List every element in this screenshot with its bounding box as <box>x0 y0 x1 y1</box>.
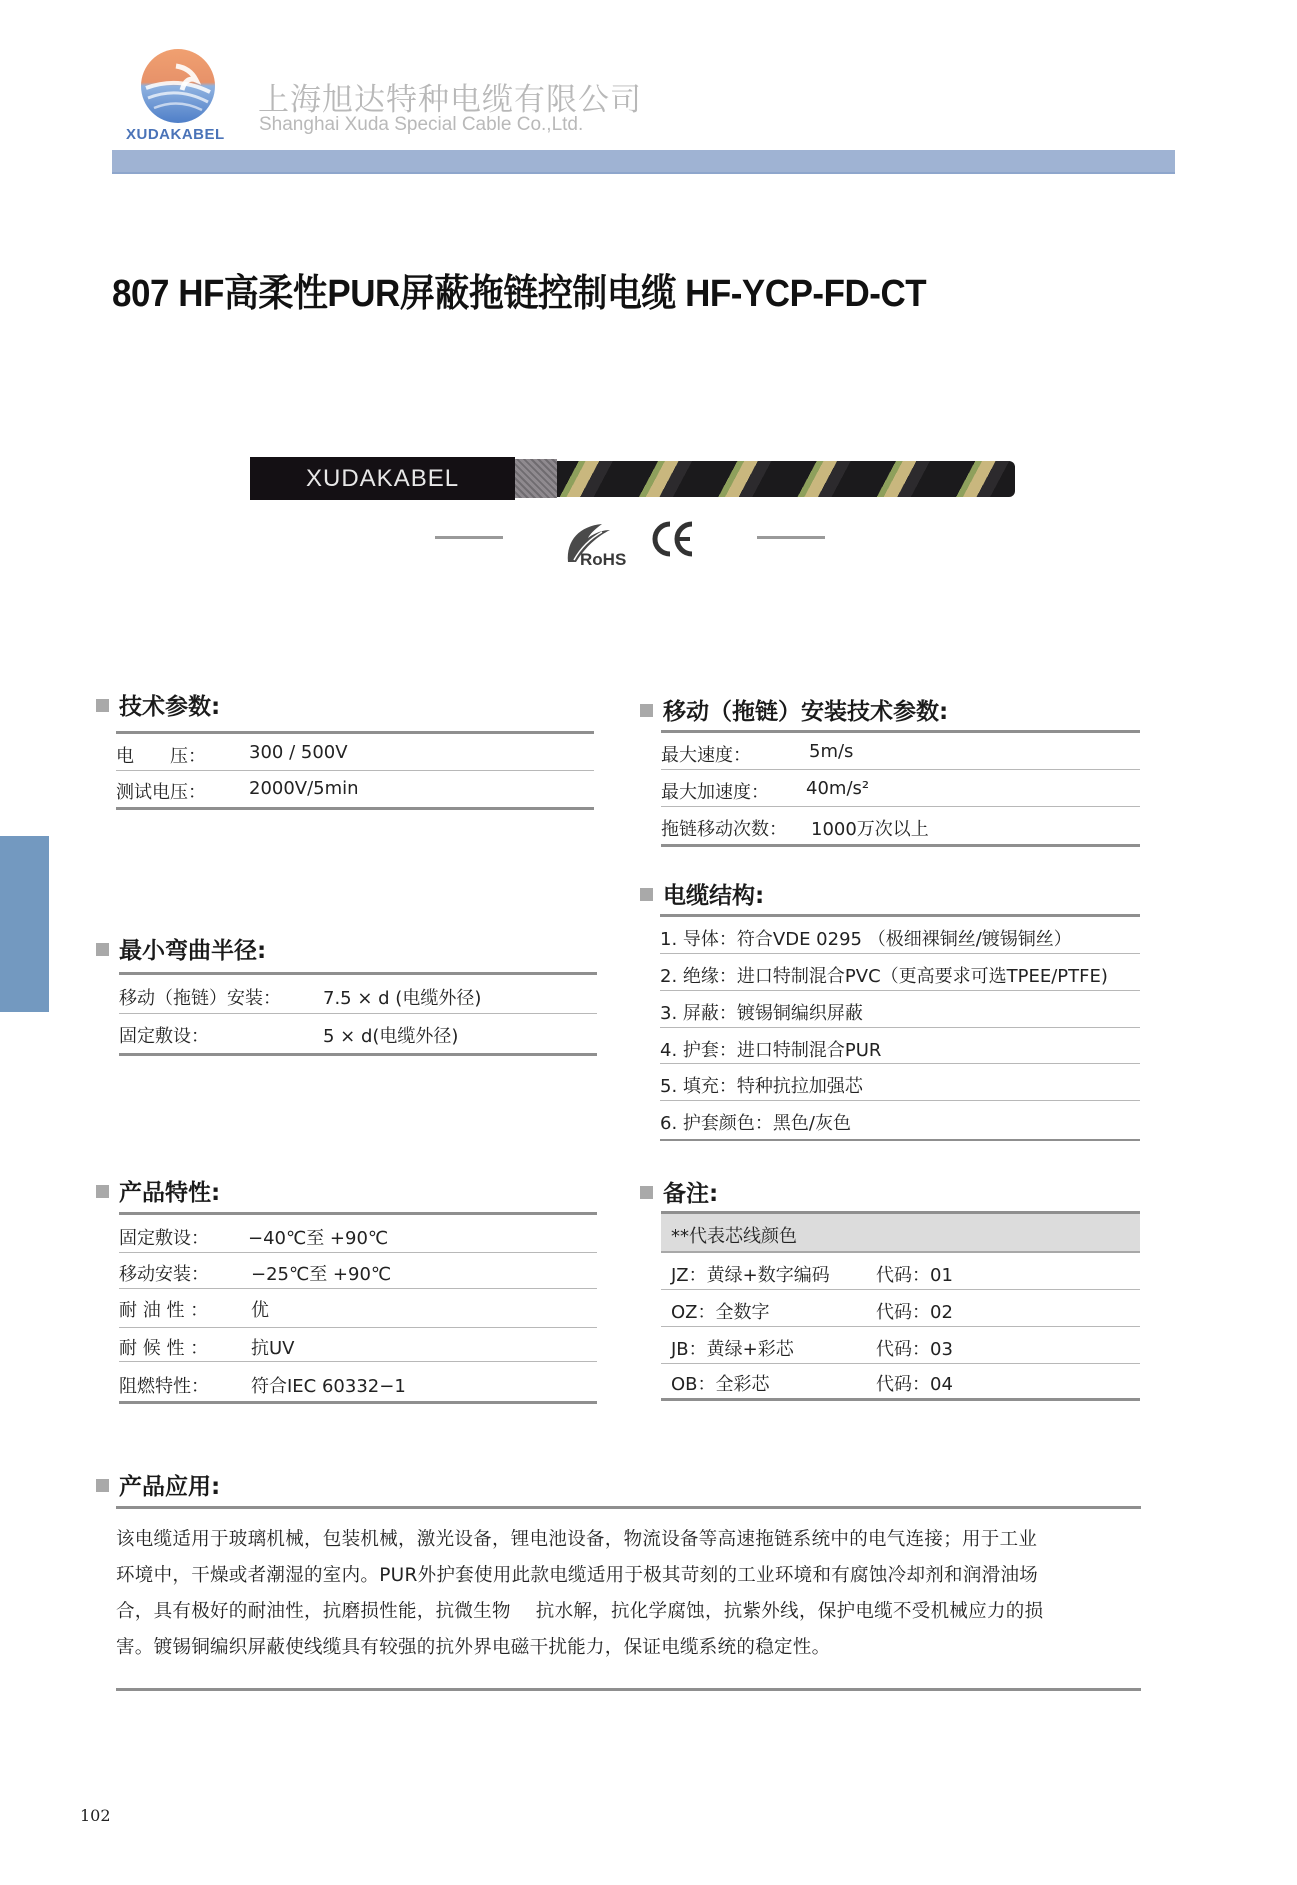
paragraph-line: 合，具有极好的耐油性，抗磨损性能，抗微生物 抗水解，抗化学腐蚀，抗紫外线，保护电… <box>116 1594 1156 1630</box>
row-code: 代码：03 <box>876 1335 953 1361</box>
section-heading-tech-params: 技术参数: <box>96 688 220 721</box>
svg-text:RoHS: RoHS <box>580 550 626 566</box>
row-code: 代码：04 <box>876 1370 953 1396</box>
heading-text: 电缆结构: <box>663 883 764 909</box>
company-logo-icon <box>138 46 218 126</box>
row-value: 优 <box>251 1296 269 1322</box>
square-bullet-icon <box>640 888 653 901</box>
list-item: 3. 屏蔽：镀锡铜编织屏蔽 <box>660 991 1140 1028</box>
divider-line <box>116 1506 1141 1509</box>
section-heading-cable-structure: 电缆结构: <box>640 877 764 910</box>
row-value: 5m/s <box>809 741 853 762</box>
page-number: 102 <box>80 1806 111 1825</box>
table-row: 拖链移动次数： 1000万次以上 <box>661 807 1140 844</box>
heading-text: 产品应用: <box>119 1474 220 1500</box>
row-label: 固定敷设： <box>119 1224 209 1250</box>
table-row: 最大加速度： 40m/s² <box>661 770 1140 807</box>
row-label: OB：全彩芯 <box>671 1370 770 1396</box>
row-label: JB：黄绿+彩芯 <box>671 1335 794 1361</box>
notes-table: **代表芯线颜色 JZ：黄绿+数字编码 代码：01 OZ：全数字 代码：02 J… <box>661 1211 1140 1401</box>
table-row: 测试电压： 2000V/5min <box>116 771 594 807</box>
drag-chain-table: 最大速度： 5m/s 最大加速度： 40m/s² 拖链移动次数： 1000万次以… <box>661 730 1140 847</box>
paragraph-line: 环境中，干燥或者潮湿的室内。PUR外护套使用此款电缆适用于极其苛刻的工业环境和有… <box>116 1558 1156 1594</box>
row-value: 抗UV <box>251 1334 295 1360</box>
square-bullet-icon <box>96 943 109 956</box>
section-heading-features: 产品特性: <box>96 1174 220 1207</box>
bend-radius-table: 移动（拖链）安装： 7.5 × d (电缆外径) 固定敷设： 5 × d(电缆外… <box>119 972 597 1056</box>
table-row: 固定敷设： −40℃至 +90℃ <box>119 1215 597 1253</box>
table-row: JB：黄绿+彩芯 代码：03 <box>661 1327 1140 1364</box>
company-name-en: Shanghai Xuda Special Cable Co.,Ltd. <box>259 114 583 136</box>
list-item: 2. 绝缘：进口特制混合PVC（更高要求可选TPEE/PTFE) <box>660 954 1140 991</box>
row-label: 电 压： <box>116 742 206 768</box>
section-heading-notes: 备注: <box>640 1175 718 1208</box>
row-value: 300 / 500V <box>249 742 348 763</box>
heading-text: 移动（拖链）安装技术参数: <box>663 699 948 725</box>
table-row: 耐 油 性 ： 优 <box>119 1289 597 1328</box>
row-value: 5 × d(电缆外径) <box>323 1022 458 1048</box>
table-row: 固定敷设： 5 × d(电缆外径) <box>119 1014 597 1053</box>
cable-jacket-label: XUDAKABEL <box>250 457 515 500</box>
paragraph-line: 害。镀锡铜编织屏蔽使线缆具有较强的抗外界电磁干扰能力，保证电缆系统的稳定性。 <box>116 1630 1156 1666</box>
row-label: 耐 候 性 ： <box>119 1334 208 1360</box>
cable-braid-shield <box>515 459 557 498</box>
table-row: 电 压： 300 / 500V <box>116 734 594 771</box>
square-bullet-icon <box>96 699 109 712</box>
row-code: 代码：02 <box>876 1298 953 1324</box>
header-bar <box>112 150 1175 174</box>
row-label: 固定敷设： <box>119 1022 209 1048</box>
section-heading-bend-radius: 最小弯曲半径: <box>96 932 266 965</box>
company-name-cn: 上海旭达特种电缆有限公司 <box>258 74 642 119</box>
row-label: 拖链移动次数： <box>661 815 787 841</box>
item-text: 1. 导体：符合VDE 0295 （极细裸铜丝/镀锡铜丝） <box>660 925 1072 951</box>
square-bullet-icon <box>640 704 653 717</box>
divider-line <box>435 536 503 539</box>
table-row: 耐 候 性 ： 抗UV <box>119 1328 597 1362</box>
item-text: 6. 护套颜色：黑色/灰色 <box>660 1109 851 1135</box>
logo-text: XUDAKABEL <box>126 126 225 143</box>
row-value: 符合IEC 60332−1 <box>251 1372 406 1398</box>
table-row: 最大速度： 5m/s <box>661 733 1140 770</box>
row-label: **代表芯线颜色 <box>671 1222 797 1248</box>
list-item: 4. 护套：进口特制混合PUR <box>660 1028 1140 1064</box>
table-row: 阻燃特性： 符合IEC 60332−1 <box>119 1362 597 1401</box>
row-value: −25℃至 +90℃ <box>251 1260 391 1286</box>
item-text: 2. 绝缘：进口特制混合PVC（更高要求可选TPEE/PTFE) <box>660 962 1108 988</box>
list-item: 5. 填充：特种抗拉加强芯 <box>660 1064 1140 1101</box>
paragraph-line: 该电缆适用于玻璃机械，包装机械，激光设备，锂电池设备，物流设备等高速拖链系统中的… <box>116 1522 1156 1558</box>
cable-image: XUDAKABEL <box>250 457 1015 500</box>
row-label: 阻燃特性： <box>119 1372 209 1398</box>
table-row: 移动（拖链）安装： 7.5 × d (电缆外径) <box>119 975 597 1014</box>
square-bullet-icon <box>96 1479 109 1492</box>
row-label: OZ：全数字 <box>671 1298 770 1324</box>
notes-header-row: **代表芯线颜色 <box>661 1214 1140 1253</box>
item-text: 4. 护套：进口特制混合PUR <box>660 1036 881 1062</box>
table-row: OZ：全数字 代码：02 <box>661 1290 1140 1327</box>
list-item: 6. 护套颜色：黑色/灰色 <box>660 1101 1140 1139</box>
rohs-icon: RoHS <box>562 520 632 566</box>
row-label: 移动安装： <box>119 1260 209 1286</box>
table-row: OB：全彩芯 代码：04 <box>661 1364 1140 1398</box>
divider-line <box>757 536 825 539</box>
row-label: 最大速度： <box>661 741 751 767</box>
row-value: −40℃至 +90℃ <box>248 1224 388 1250</box>
divider-line <box>116 1688 1141 1691</box>
square-bullet-icon <box>640 1186 653 1199</box>
heading-text: 最小弯曲半径: <box>119 938 266 964</box>
cable-cores <box>557 461 1015 497</box>
item-text: 5. 填充：特种抗拉加强芯 <box>660 1072 863 1098</box>
row-label: JZ：黄绿+数字编码 <box>671 1261 830 1287</box>
features-table: 固定敷设： −40℃至 +90℃ 移动安装： −25℃至 +90℃ 耐 油 性 … <box>119 1212 597 1404</box>
list-item: 1. 导体：符合VDE 0295 （极细裸铜丝/镀锡铜丝） <box>660 917 1140 954</box>
side-tab <box>0 836 49 1012</box>
heading-text: 技术参数: <box>119 694 220 720</box>
ce-mark-icon <box>650 520 696 568</box>
application-paragraph: 该电缆适用于玻璃机械，包装机械，激光设备，锂电池设备，物流设备等高速拖链系统中的… <box>116 1522 1156 1666</box>
section-heading-drag-chain: 移动（拖链）安装技术参数: <box>640 693 948 726</box>
table-row: JZ：黄绿+数字编码 代码：01 <box>661 1253 1140 1290</box>
page-title: 807 HF高柔性PUR屏蔽拖链控制电缆 HF-YCP-FD-CT <box>112 262 926 317</box>
section-heading-application: 产品应用: <box>96 1468 220 1501</box>
row-value: 1000万次以上 <box>811 815 929 841</box>
row-label: 最大加速度： <box>661 778 769 804</box>
row-label: 耐 油 性 ： <box>119 1296 208 1322</box>
square-bullet-icon <box>96 1185 109 1198</box>
table-row: 移动安装： −25℃至 +90℃ <box>119 1253 597 1289</box>
row-value: 7.5 × d (电缆外径) <box>323 984 481 1010</box>
row-code: 代码：01 <box>876 1261 953 1287</box>
heading-text: 备注: <box>663 1181 718 1207</box>
row-value: 40m/s² <box>806 778 869 799</box>
heading-text: 产品特性: <box>119 1180 220 1206</box>
row-label: 测试电压： <box>116 778 206 804</box>
cable-structure-list: 1. 导体：符合VDE 0295 （极细裸铜丝/镀锡铜丝） 2. 绝缘：进口特制… <box>660 914 1140 1141</box>
item-text: 3. 屏蔽：镀锡铜编织屏蔽 <box>660 999 863 1025</box>
tech-params-table: 电 压： 300 / 500V 测试电压： 2000V/5min <box>116 731 594 810</box>
row-value: 2000V/5min <box>249 778 359 799</box>
row-label: 移动（拖链）安装： <box>119 984 281 1010</box>
